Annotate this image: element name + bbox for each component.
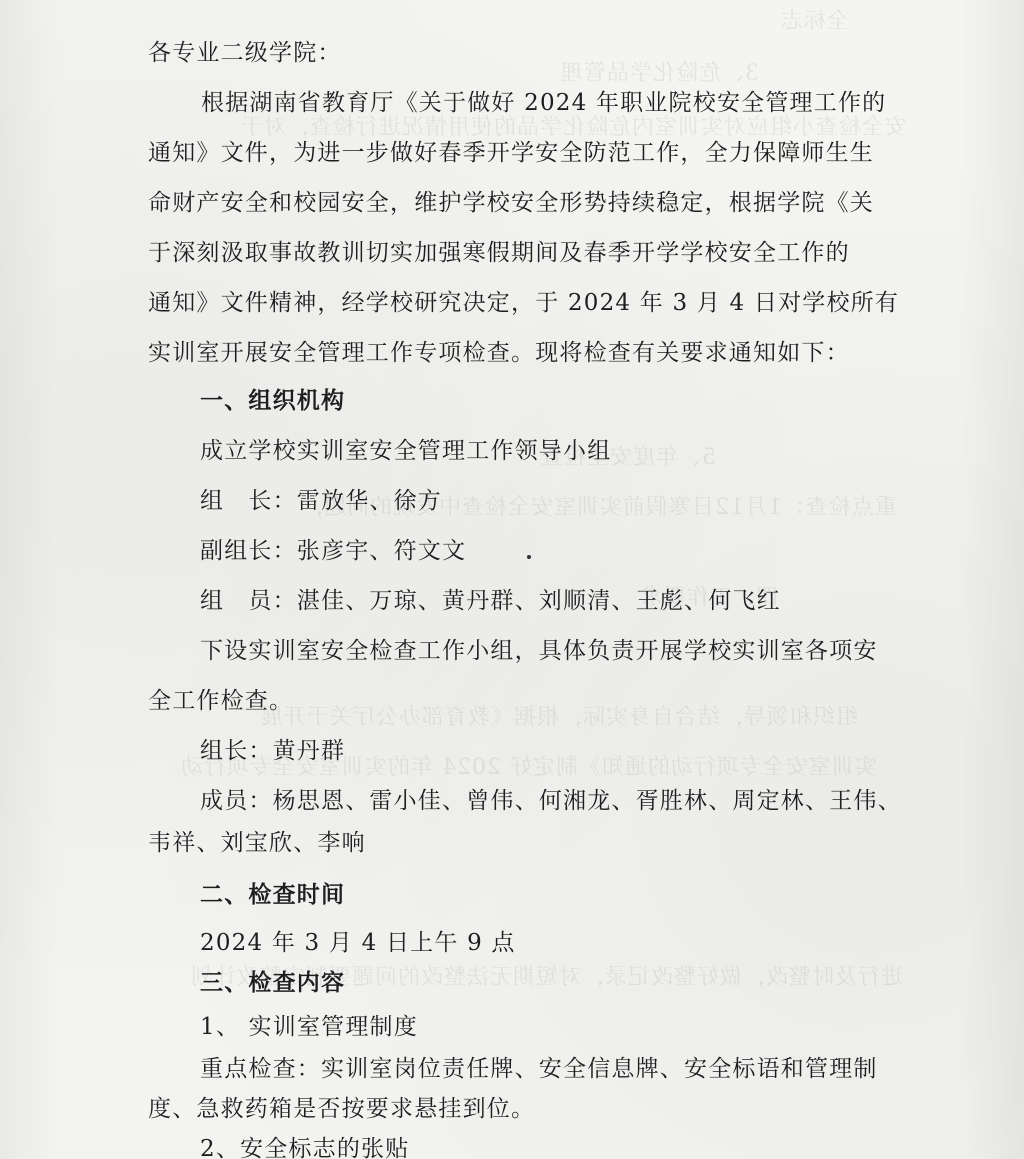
group-leader: 组 长：雷放华、徐方 xyxy=(200,486,442,516)
section-heading: 三、检查内容 xyxy=(200,968,345,998)
sub-group-leader: 组长：黄丹群 xyxy=(200,736,345,766)
group-members: 组 员：湛佳、万琼、黄丹群、刘顺清、王彪、何飞红 xyxy=(200,586,781,616)
paragraph-line: 通知》文件，为进一步做好春季开学安全防范工作，全力保障师生生 xyxy=(148,138,874,168)
leading-group-title: 成立学校实训室安全管理工作领导小组 xyxy=(200,436,611,466)
section-heading: 二、检查时间 xyxy=(200,880,345,910)
paragraph-line: 通知》文件精神，经学校研究决定，于 2024 年 3 月 4 日对学校所有 xyxy=(148,288,899,318)
paragraph-line: 重点检查：实训室岗位责任牌、安全信息牌、安全标语和管理制 xyxy=(200,1054,878,1084)
paragraph-line: 命财产安全和校园安全，维护学校安全形势持续稳定，根据学院《关 xyxy=(148,188,874,218)
paragraph-line: 度、急救药箱是否按要求悬挂到位。 xyxy=(148,1094,535,1124)
salutation: 各专业二级学院： xyxy=(148,38,342,68)
bleed-through-text: 3、危险化学品管理 xyxy=(560,56,759,87)
inspection-time: 2024 年 3 月 4 日上午 9 点 xyxy=(200,928,516,958)
paragraph-line: 于深刻汲取事故教训切实加强寒假期间及春季开学学校安全工作的 xyxy=(148,238,850,268)
paragraph-line: 根据湖南省教育厅《关于做好 2024 年职业院校安全管理工作的 xyxy=(201,88,886,118)
item-title: 1、 实训室管理制度 xyxy=(200,1012,418,1042)
paragraph-line: 实训室开展安全管理工作专项检查。现将检查有关要求通知如下： xyxy=(148,338,850,368)
item-title: 2、安全标志的张贴 xyxy=(200,1134,409,1159)
section-heading: 一、组织机构 xyxy=(200,386,345,416)
bleed-through-text: 组织和领导，结合自身实际，根据《教育部办公厅关于开展 xyxy=(260,700,858,731)
scanned-document-page: 全标志 3、危险化学品管理 安全检查小组应对实训室内危险化学品的使用情况进行检查… xyxy=(0,0,1024,1159)
paragraph-line: 下设实训室安全检查工作小组，具体负责开展学校实训室各项安 xyxy=(200,636,878,666)
bleed-through-text: 全标志 xyxy=(780,4,849,35)
stray-mark xyxy=(527,555,531,559)
deputy-leader: 副组长：张彦宇、符文文 xyxy=(200,536,466,566)
sub-group-members: 成员：杨思恩、雷小佳、曾伟、何湘龙、胥胜林、周定林、王伟、 xyxy=(200,786,902,816)
paragraph-line: 全工作检查。 xyxy=(148,686,293,716)
sub-group-members: 韦祥、刘宝欣、李响 xyxy=(148,828,366,858)
